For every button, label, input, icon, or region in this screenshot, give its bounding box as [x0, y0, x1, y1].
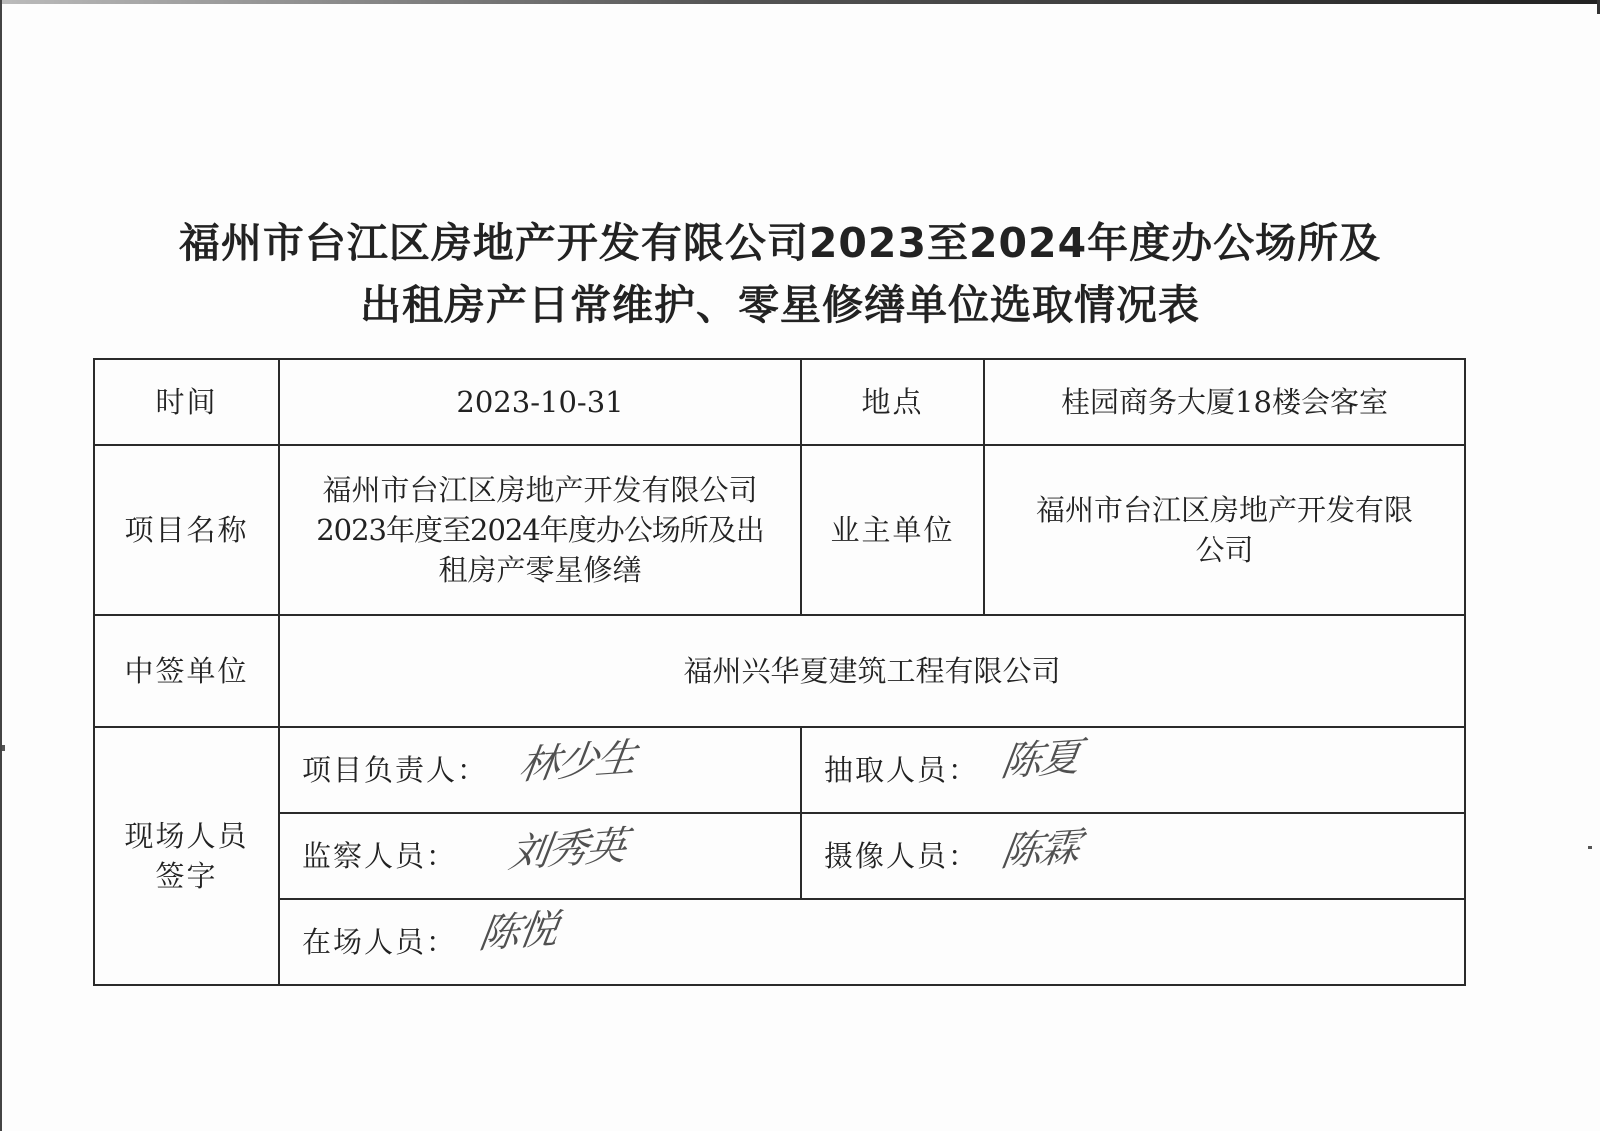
winner-label: 中签单位	[94, 615, 279, 727]
scan-speck	[1588, 846, 1592, 849]
scan-edge-left	[0, 0, 2, 1131]
location-value: 桂园商务大厦18楼会客室	[984, 359, 1465, 445]
drawer-signature: 陈夏	[999, 737, 1082, 782]
row-winner: 中签单位 福州兴华夏建筑工程有限公司	[94, 615, 1465, 727]
project-lead-signature-field[interactable]: 项目负责人： 林少生	[279, 727, 801, 813]
present-signature: 陈悦	[477, 909, 560, 954]
row-time-location: 时间 2023-10-31 地点 桂园商务大厦18楼会客室	[94, 359, 1465, 445]
scan-edge-top	[0, 0, 1600, 4]
row-signatures-3: 在场人员： 陈悦	[94, 899, 1465, 985]
onsite-signature-label: 现场人员 签字	[94, 727, 279, 985]
camera-signature-field[interactable]: 摄像人员： 陈霖	[801, 813, 1465, 899]
time-label: 时间	[94, 359, 279, 445]
project-name-line-3: 租房产零星修缮	[284, 550, 796, 590]
title-line-1: 福州市台江区房地产开发有限公司2023至2024年度办公场所及	[0, 212, 1560, 274]
title-line-2: 出租房产日常维护、零星修缮单位选取情况表	[0, 274, 1560, 336]
project-name-label: 项目名称	[94, 445, 279, 615]
onsite-label-line-1: 现场人员	[99, 816, 274, 856]
supervisor-signature-field[interactable]: 监察人员： 刘秀英	[279, 813, 801, 899]
selection-form-table: 时间 2023-10-31 地点 桂园商务大厦18楼会客室 项目名称 福州市台江…	[93, 358, 1466, 986]
drawer-signature-field[interactable]: 抽取人员： 陈夏	[801, 727, 1465, 813]
project-name-value: 福州市台江区房地产开发有限公司 2023年度至2024年度办公场所及出 租房产零…	[279, 445, 801, 615]
time-value: 2023-10-31	[279, 359, 801, 445]
drawer-label: 抽取人员：	[824, 753, 979, 787]
camera-signature: 陈霖	[999, 827, 1082, 872]
project-lead-signature: 林少生	[516, 738, 637, 786]
supervisor-label: 监察人员：	[302, 839, 457, 873]
row-signatures-1: 现场人员 签字 项目负责人： 林少生 抽取人员： 陈夏	[94, 727, 1465, 813]
project-name-line-1: 福州市台江区房地产开发有限公司	[284, 470, 796, 510]
winner-value: 福州兴华夏建筑工程有限公司	[279, 615, 1465, 727]
project-lead-label: 项目负责人：	[302, 753, 488, 787]
document-title: 福州市台江区房地产开发有限公司2023至2024年度办公场所及 出租房产日常维护…	[0, 212, 1560, 336]
scan-speck	[2, 745, 5, 751]
project-name-line-2: 2023年度至2024年度办公场所及出	[284, 510, 796, 550]
owner-value: 福州市台江区房地产开发有限 公司	[984, 445, 1465, 615]
onsite-label-line-2: 签字	[99, 856, 274, 896]
owner-line-1: 福州市台江区房地产开发有限	[989, 490, 1460, 530]
present-label: 在场人员：	[302, 925, 457, 959]
location-label: 地点	[801, 359, 984, 445]
row-project-owner: 项目名称 福州市台江区房地产开发有限公司 2023年度至2024年度办公场所及出…	[94, 445, 1465, 615]
camera-label: 摄像人员：	[824, 839, 979, 873]
present-signature-field[interactable]: 在场人员： 陈悦	[279, 899, 1465, 985]
supervisor-signature: 刘秀英	[506, 826, 627, 874]
owner-label: 业主单位	[801, 445, 984, 615]
owner-line-2: 公司	[989, 530, 1460, 570]
row-signatures-2: 监察人员： 刘秀英 摄像人员： 陈霖	[94, 813, 1465, 899]
